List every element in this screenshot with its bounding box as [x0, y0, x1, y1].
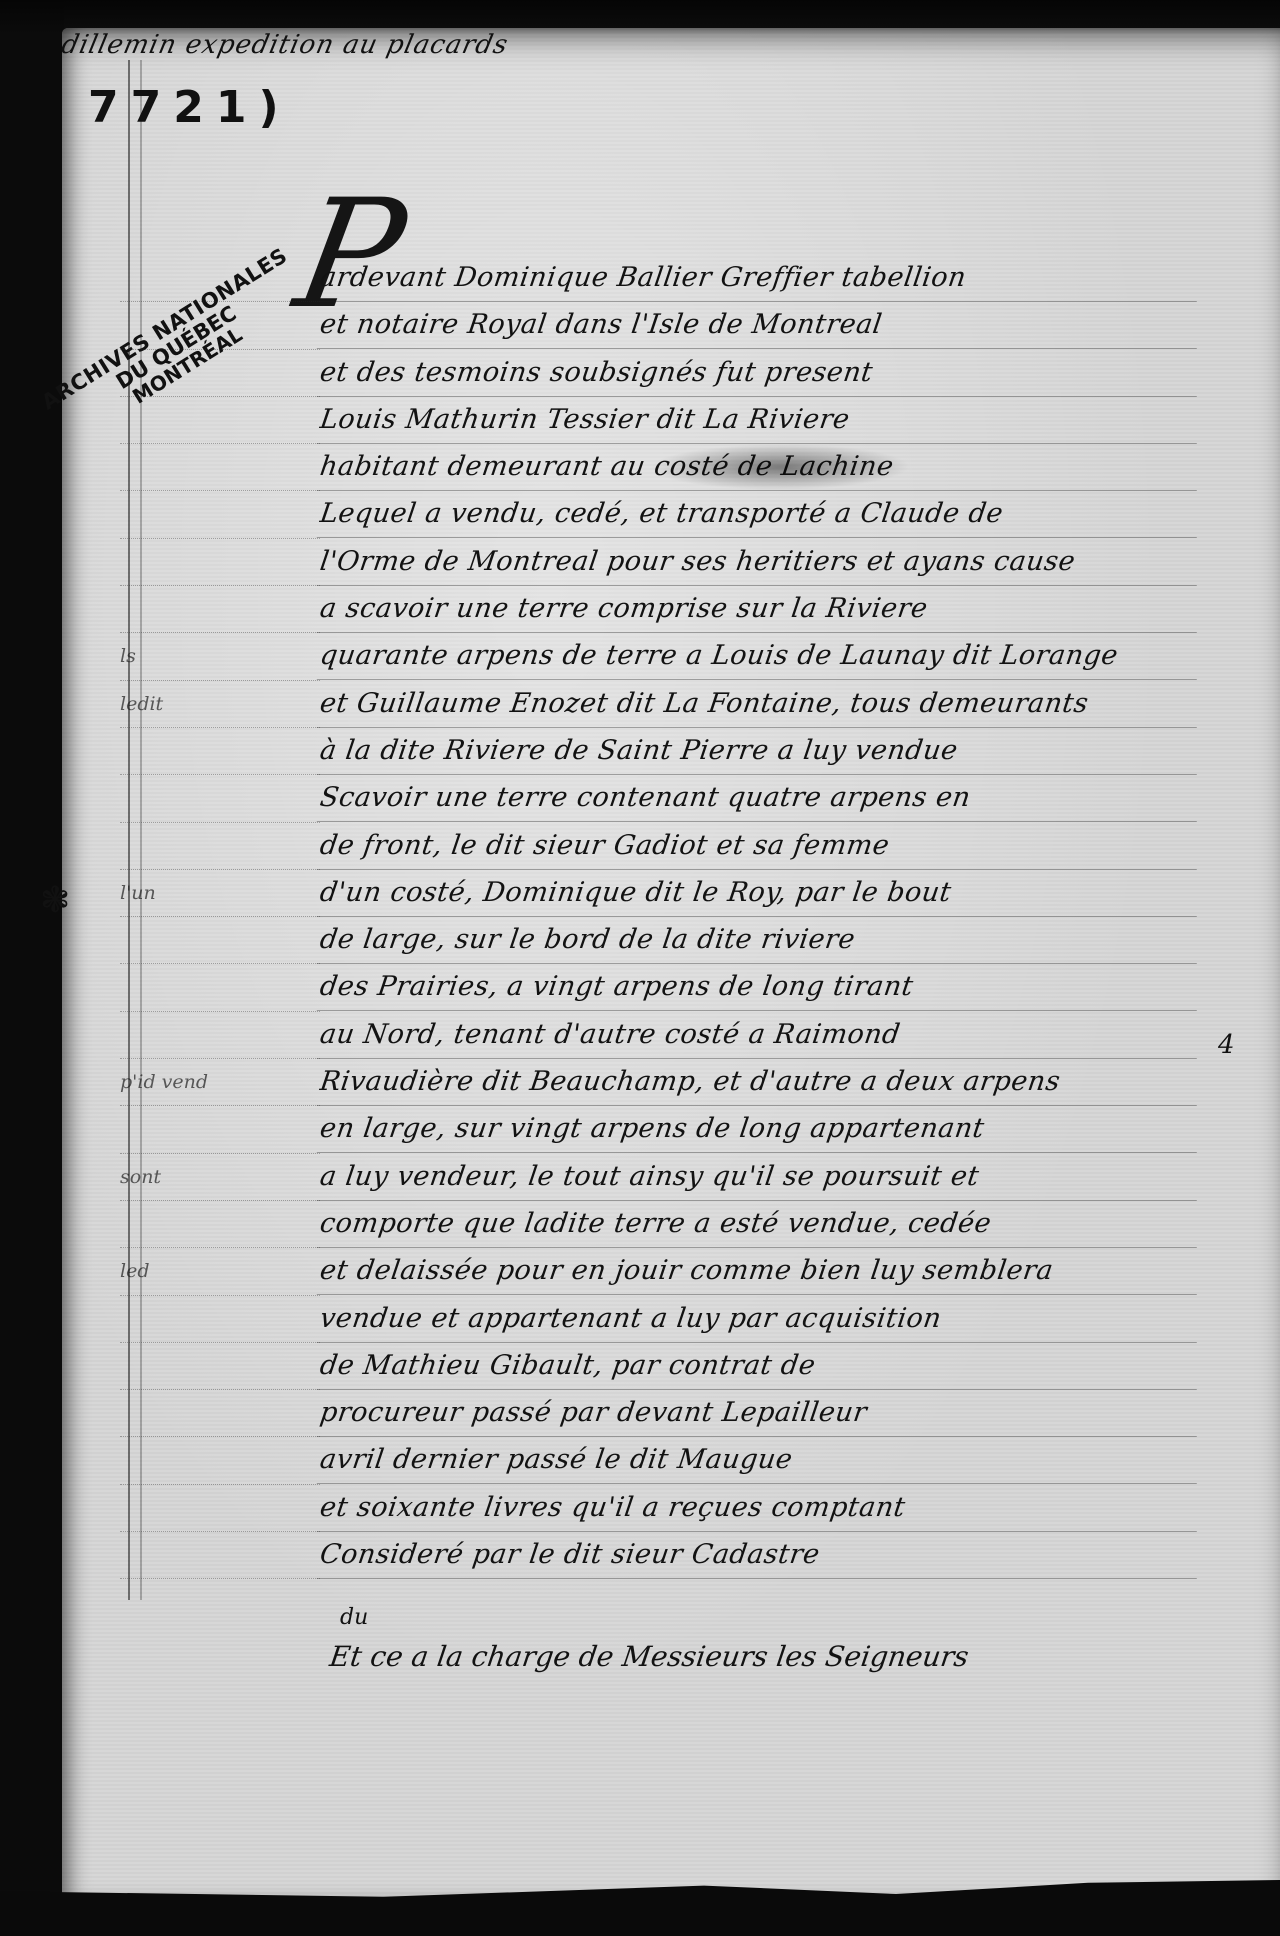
margin-note [120, 917, 320, 964]
text-line: des Prairies, a vingt arpens de long tir… [317, 964, 1204, 1011]
text-line: et Guillaume Enozet dit La Fontaine, tou… [317, 681, 1204, 728]
margin-note: p'id vend [120, 1059, 320, 1106]
text-line: avril dernier passé le dit Maugue [317, 1437, 1204, 1484]
margin-note [120, 1106, 320, 1153]
margin-note [120, 539, 320, 586]
text-line: au Nord, tenant d'autre costé a Raimond [317, 1012, 1204, 1059]
text-line: comporte que ladite terre a esté vendue,… [317, 1201, 1204, 1248]
margin-note [120, 775, 320, 822]
text-line: Louis Mathurin Tessier dit La Riviere [317, 397, 1204, 444]
text-line: et soixante livres qu'il a reçues compta… [317, 1485, 1204, 1532]
header-annotation: dillemin expedition au placards [59, 30, 511, 60]
text-line: et delaissée pour en jouir comme bien lu… [317, 1248, 1204, 1295]
text-line: quarante arpens de terre a Louis de Laun… [317, 633, 1204, 680]
text-line: procureur passé par devant Lepailleur [317, 1390, 1204, 1437]
scan-top-shadow [0, 0, 1280, 34]
margin-note [120, 397, 320, 444]
margin-note [120, 255, 320, 302]
text-line: Lequel a vendu, cedé, et transporté a Cl… [317, 491, 1204, 538]
margin-note [120, 350, 320, 397]
margin-note: l'un [120, 870, 320, 917]
text-line: à la dite Riviere de Saint Pierre a luy … [317, 728, 1204, 775]
margin-note: sont [120, 1154, 320, 1201]
text-line: de large, sur le bord de la dite riviere [317, 917, 1204, 964]
text-line: l'Orme de Montreal pour ses heritiers et… [317, 539, 1204, 586]
deed-body-text: ardevant Dominique Ballier Greffier tabe… [320, 255, 1200, 1579]
margin-note [120, 823, 320, 870]
closing-line: Et ce a la charge de Messieurs les Seign… [328, 1640, 971, 1673]
text-line: Consideré par le dit sieur Cadastre [317, 1532, 1204, 1579]
text-line: en large, sur vingt arpens de long appar… [317, 1106, 1204, 1153]
text-line: d'un costé, Dominique dit le Roy, par le… [317, 870, 1204, 917]
margin-note [120, 1532, 320, 1579]
margin-note: ls [120, 633, 320, 680]
margin-note [120, 586, 320, 633]
text-line: vendue et appartenant a luy par acquisit… [317, 1296, 1204, 1343]
margin-note [120, 302, 320, 349]
text-line: Rivaudière dit Beauchamp, et d'autre a d… [317, 1059, 1204, 1106]
left-margin-notations: ls ledit l'un p'id vend sont led [120, 255, 320, 1579]
margin-note [120, 964, 320, 1011]
margin-note [120, 1437, 320, 1484]
page-mark: 4 [1218, 1030, 1235, 1060]
margin-note: ledit [120, 681, 320, 728]
text-line: Scavoir une terre contenant quatre arpen… [317, 775, 1204, 822]
scan-left-border [0, 0, 64, 1936]
margin-note [120, 1343, 320, 1390]
text-line: et des tesmoins soubsignés fut present [317, 350, 1204, 397]
text-line: et notaire Royal dans l'Isle de Montreal [317, 302, 1204, 349]
text-line: habitant demeurant au costé de Lachine [317, 444, 1204, 491]
margin-note [120, 491, 320, 538]
margin-note [120, 444, 320, 491]
reference-number: 7721) [88, 82, 291, 133]
text-line: de Mathieu Gibault, par contrat de [317, 1343, 1204, 1390]
margin-note [120, 1390, 320, 1437]
margin-note [120, 1485, 320, 1532]
margin-note [120, 1296, 320, 1343]
text-line: a luy vendeur, le tout ainsy qu'il se po… [317, 1154, 1204, 1201]
text-line: ardevant Dominique Ballier Greffier tabe… [317, 255, 1204, 302]
margin-note [120, 1012, 320, 1059]
margin-note [120, 1201, 320, 1248]
text-line: a scavoir une terre comprise sur la Rivi… [317, 586, 1204, 633]
text-line: de front, le dit sieur Gadiot et sa femm… [317, 823, 1204, 870]
margin-note [120, 728, 320, 775]
margin-ornament-icon: ❃ [40, 880, 70, 921]
margin-note: led [120, 1248, 320, 1295]
trailing-word: du [340, 1605, 368, 1630]
